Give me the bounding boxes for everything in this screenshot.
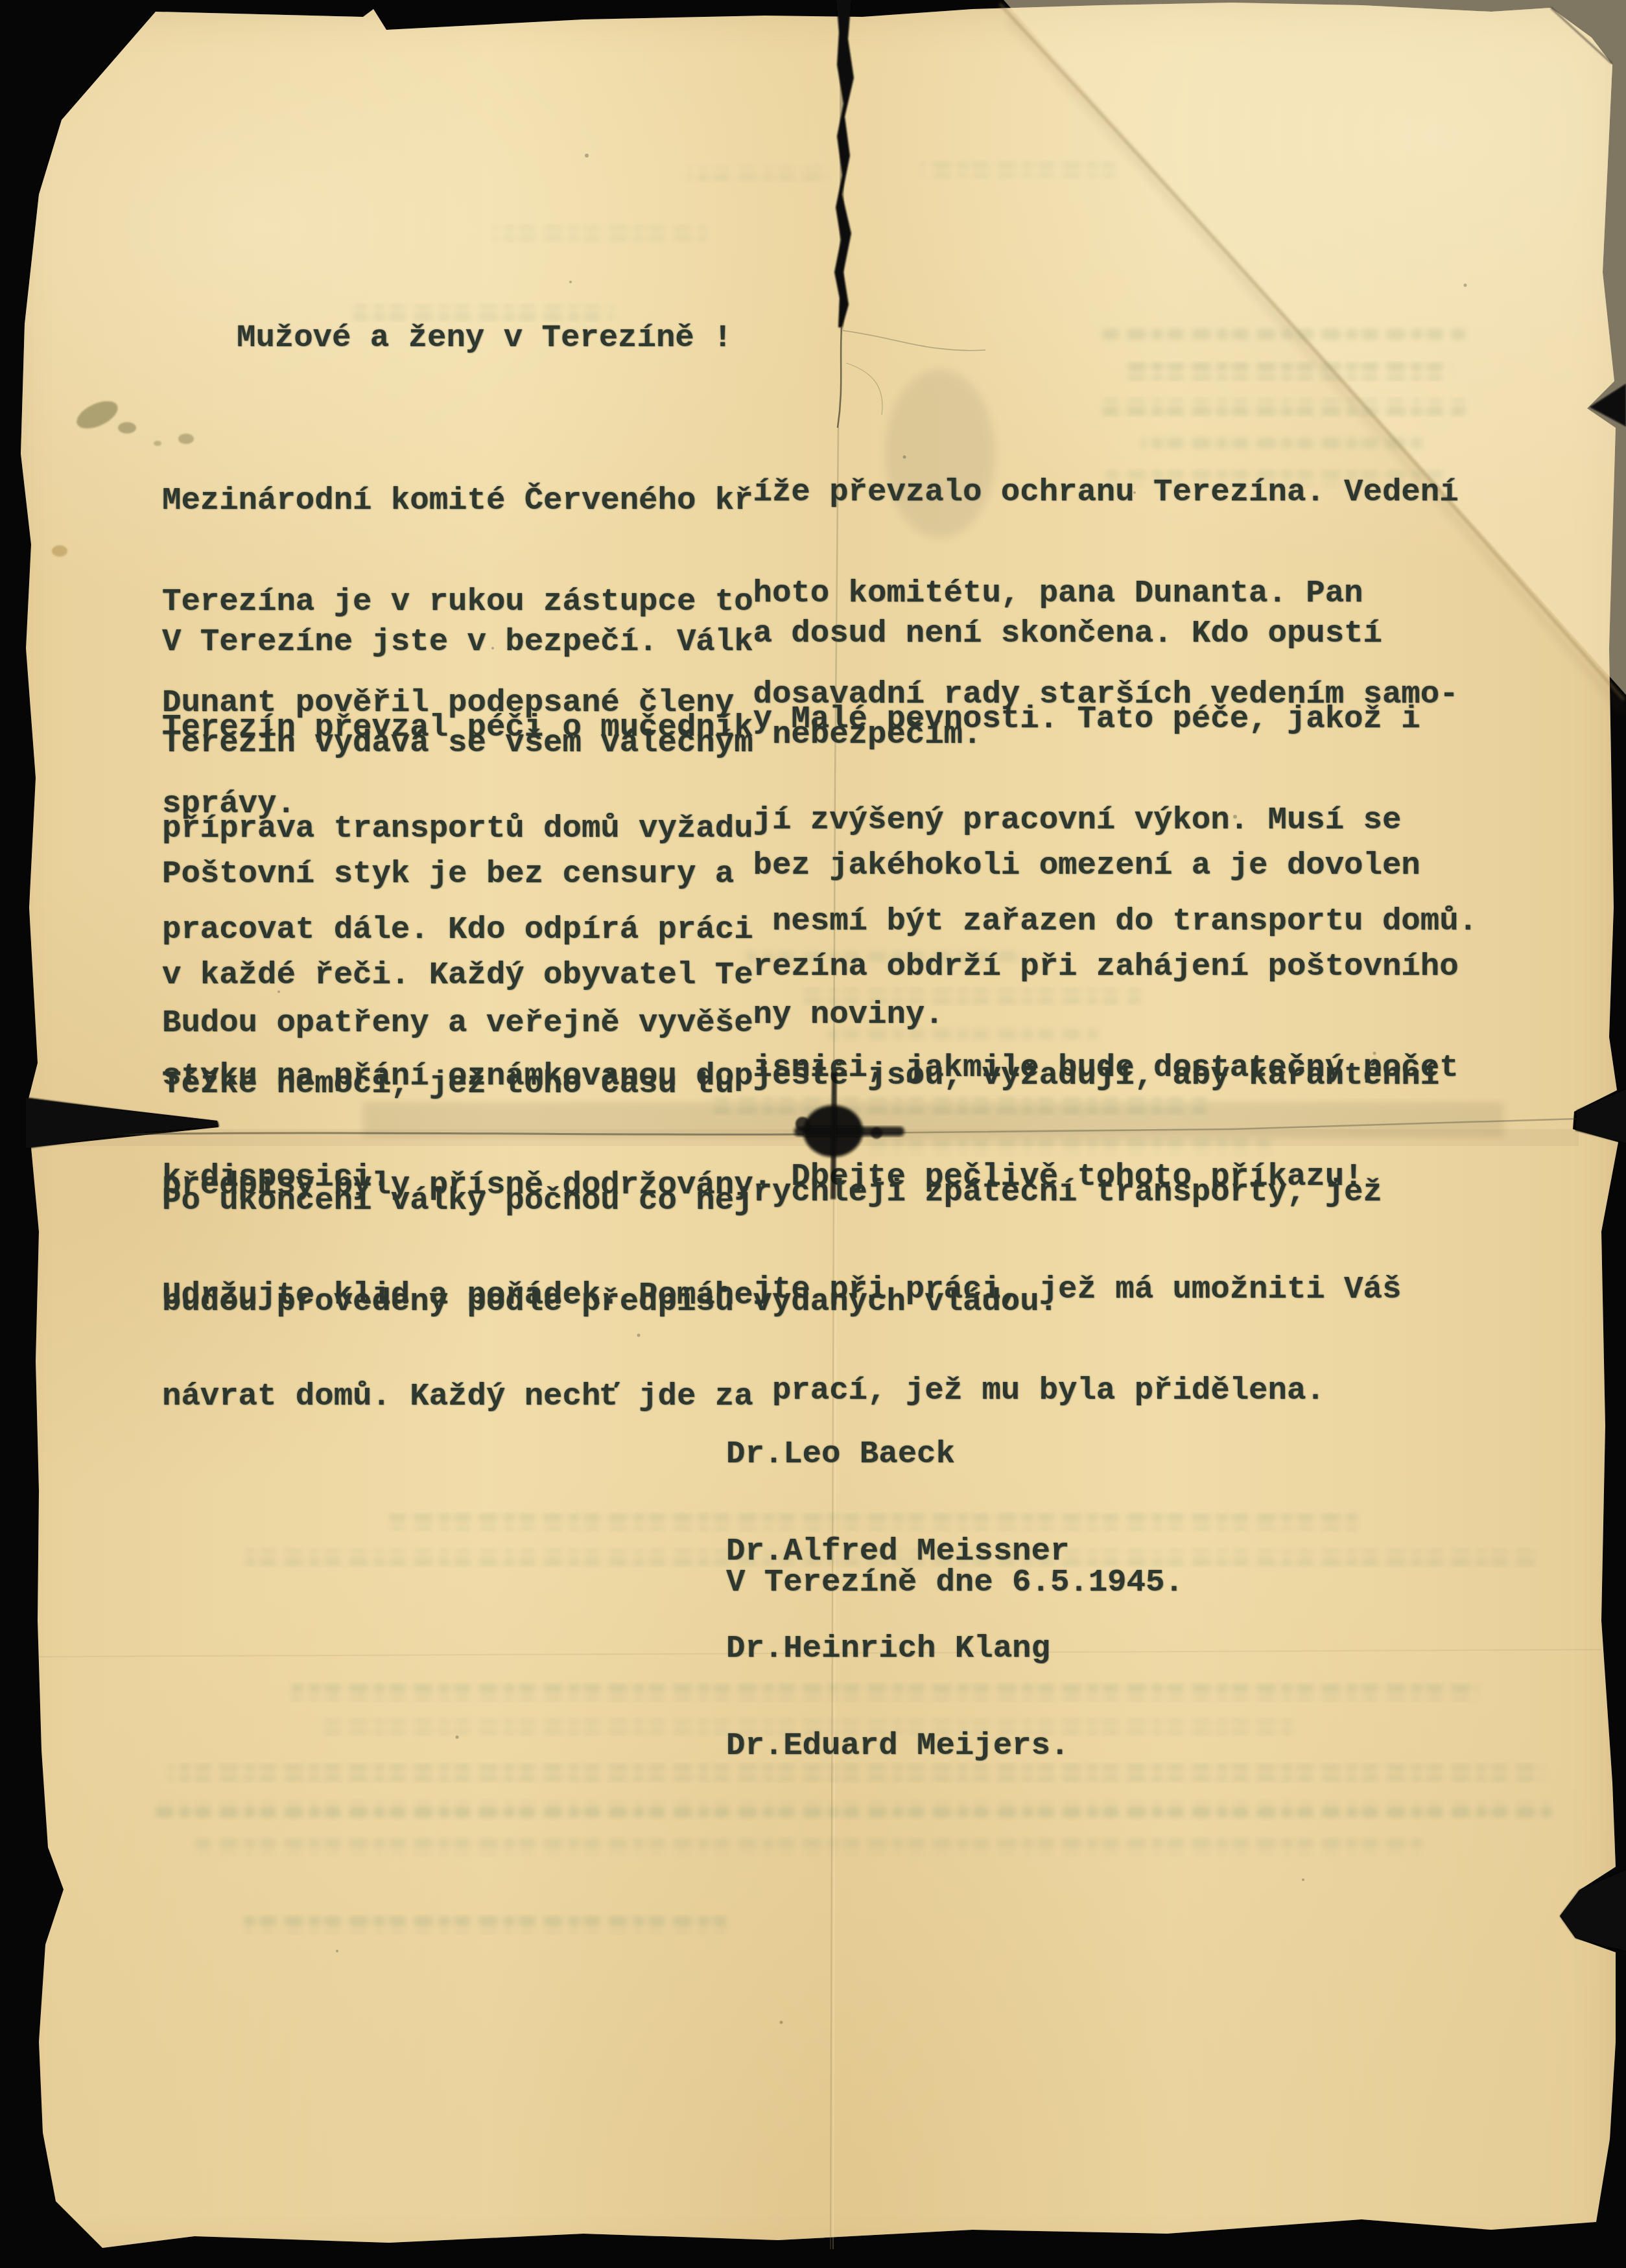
typed-line: Poštovní styk je bez censury a bez jakéh…: [162, 857, 1459, 891]
scan-background: { "theme": { "background": "#060606", "p…: [0, 0, 1626, 2268]
dateline: V Terezíně dne 6.5.1945.: [726, 1565, 1184, 1599]
signature-line: Dr.Heinrich Klang: [726, 1632, 1069, 1665]
letter-title: Mužové a ženy v Terezíně !: [237, 321, 733, 355]
signature-line: Dr.Eduard Meijers.: [726, 1729, 1069, 1762]
typed-line: Udržujte klid a pořádek. Pomáhejte při p…: [162, 1278, 1401, 1312]
typed-line: Mezinárodní komité Červeného kříže převz…: [162, 484, 1459, 517]
typed-line: Terezín převzal péči o mučedníky Malé pe…: [162, 710, 1478, 744]
typed-line: Těžké nemoci, jež toho času tu ještě jso…: [162, 1067, 1439, 1101]
signature-line: Dr.Leo Baeck: [726, 1438, 1069, 1470]
signature-line: Dr.Alfred Meissner: [726, 1535, 1069, 1567]
typewritten-text-layer: Mužové a ženy v Terezíně ! Mezinárodní k…: [0, 0, 1626, 2268]
